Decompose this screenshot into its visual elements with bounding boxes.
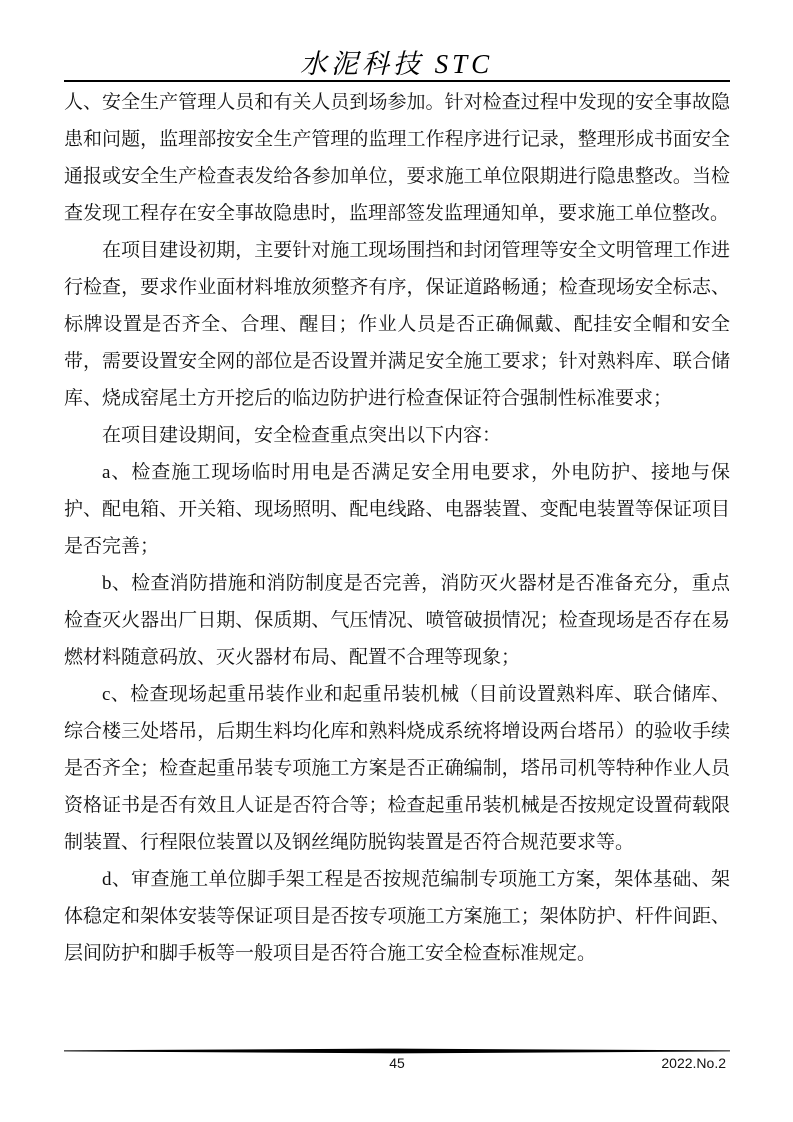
body-paragraph: a、检查施工现场临时用电是否满足安全用电要求，外电防护、接地与保护、配电箱、开关… [64,454,730,565]
body-paragraph: 在项目建设初期，主要针对施工现场围挡和封闭管理等安全文明管理工作进行检查，要求作… [64,232,730,417]
issue-label: 2022.No.2 [661,1055,726,1071]
footer-tapered-rule [64,1048,730,1054]
page-body: 人、安全生产管理人员和有关人员到场参加。针对检查过程中发现的安全事故隐患和问题，… [64,84,730,972]
journal-title: 水泥科技 STC [0,42,793,81]
body-paragraph: 人、安全生产管理人员和有关人员到场参加。针对检查过程中发现的安全事故隐患和问题，… [64,84,730,232]
header-rule [64,80,730,82]
document-page: 水泥科技 STC 人、安全生产管理人员和有关人员到场参加。针对检查过程中发现的安… [0,0,793,1122]
page-footer: 45 2022.No.2 [64,1055,730,1075]
page-number: 45 [64,1055,730,1071]
body-paragraph: b、检查消防措施和消防制度是否完善，消防灭火器材是否准备充分，重点检查灭火器出厂… [64,565,730,676]
body-paragraph: d、审查施工单位脚手架工程是否按规范编制专项施工方案，架体基础、架体稳定和架体安… [64,861,730,972]
body-paragraph: 在项目建设期间，安全检查重点突出以下内容： [64,417,730,454]
body-paragraph: c、检查现场起重吊装作业和起重吊装机械（目前设置熟料库、联合储库、综合楼三处塔吊… [64,676,730,861]
